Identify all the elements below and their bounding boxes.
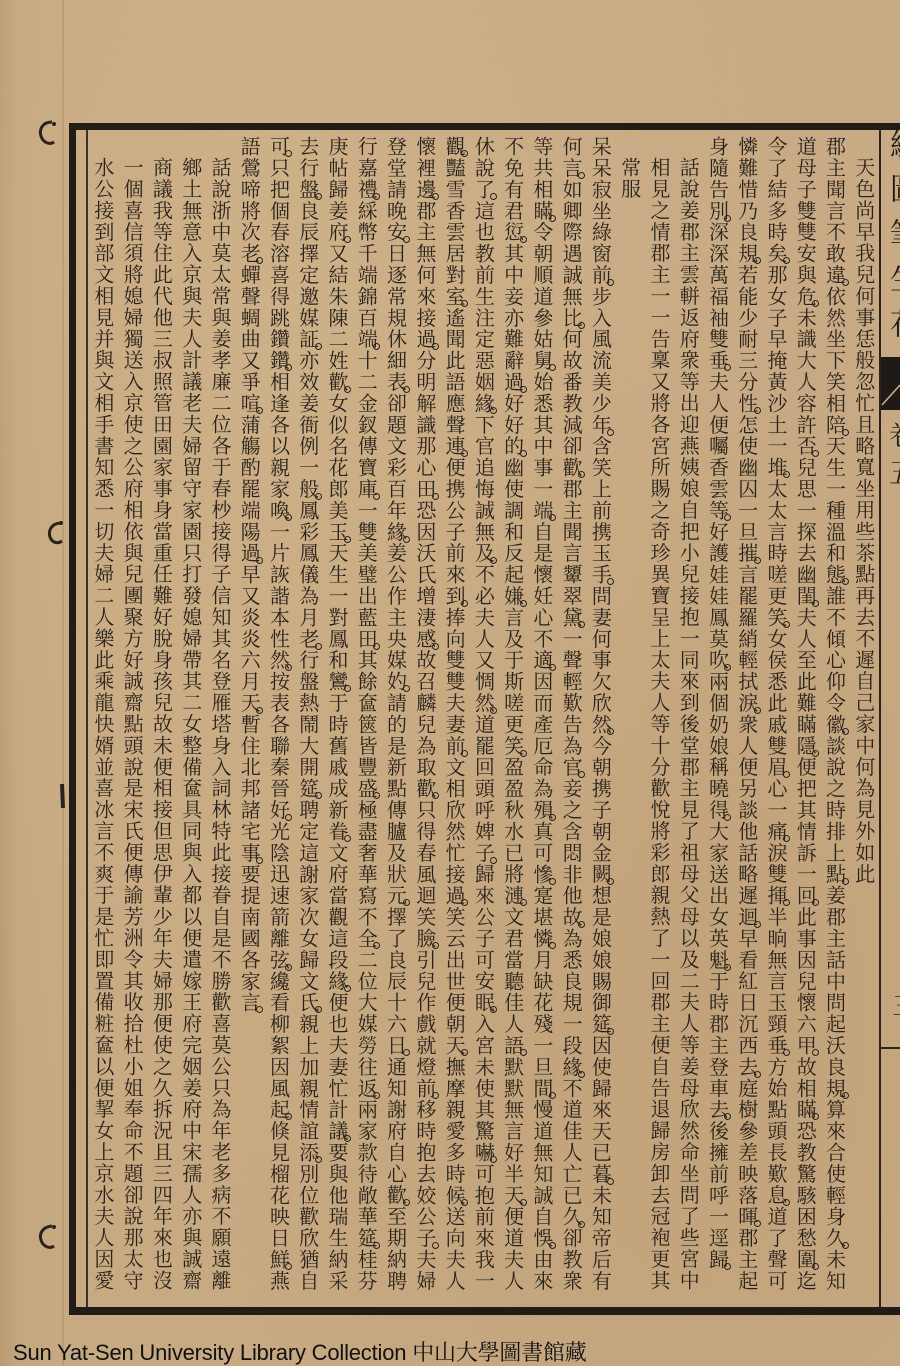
text-column: 身隨告別深深萬福袖雙垂夫人便囑香雲等好護娃娃鳳莫吹兩個奶娘稱曉得大家送出女英魁于… [702,136,731,1301]
text-column: 呆呆寂坐綠窗前步入風流美少年含笑上前携玉手問妻何事欠欣然今朝携子朝金闕想是娘娘賜… [585,136,614,1301]
spine-divider-line [879,130,881,1308]
text-column: 休說了這也教前生注定惡姻緣下官追悔誠無及不必夫人又惆然道罷回頭呼婢子歸來公子可安… [468,136,497,1301]
text-column: 道母子雙雙安與危未識大人容許否兒思一探去幽閨夫人至此難瞞隱便把其情訴一回此事因兒… [790,136,819,1301]
border-frame-left [69,123,76,1315]
border-frame-top [70,123,900,130]
page-crease [62,0,64,1366]
binding-hole-icon [56,782,70,812]
text-column: 行嘉禮綵幣千端錦百端十二金釵傳寶庫一雙美璧出藍田其餘奩篋皆豐盛極盡奢華寫不全二位… [351,136,380,1301]
main-text-block: 天色尚早我兒何事恁般忽忙且略寬坐用些茶點再去不遲自己家中何為見外如此 郡主聞言不… [88,136,878,1308]
text-column: 郡主聞言不敢違依然坐下笑相陪天生一種溫和態誰不傾心仰令徽談說之時排上點姜郡主話中… [819,136,848,1301]
text-column: 話說姜郡主雲軿返府衆等出迎燕姨娘自把小兒接抱一同來到後堂郡主見了祖母父母以及二夫… [673,157,702,1301]
volume-label: 卷五 [884,420,900,510]
text-column: 懷裡邊郡主無何來接過分明解識那心田恐因沃氏增淒感故召麟兒為取歡只得春風迴笑臉引兒… [410,136,439,1301]
binding-hole-icon [34,1222,60,1254]
fish-tail-mark-icon [881,357,900,410]
text-column: 可只把個春溶喜得跳鑽鑽相逢各以親家喚一片詼諧本性然按表各聯秦晉好光陰迅速箭離弦纔… [263,136,292,1301]
text-column: 庚帖歸姜府又結朱陳二姓歡女似名花郎美玉天生一對鳳和鸞于時舊戚成新眷文府當觀這段緣… [322,136,351,1301]
text-column: 令了結多時矣那女子早掩黃沙土一堆太太言時嗟更笑女侯悉此戚雙眉心一痛淚雙揮半晌無言… [761,136,790,1301]
text-column: 登堂請晚安日逐常規休細表卻題文彩百年緣姜公作主央媒妁請的是新點傳臚及狀元擇了良辰… [380,136,409,1301]
text-column: 觀豔雪香雲居對室遙聞此語應聲連便携公子前來到捧向雙雙夫妻前文相欣然忙接過笑云出世… [439,136,468,1301]
text-column: 不免有君愆其中妾亦難辭過好好的幽使調和反起嫌言及于斯嗟更笑盈盈秋水已將漣文君當聽… [497,136,526,1301]
text-column: 去行盤良辰擇定邀媒証亦效姜衙例一般鳳彩鳳儀為月老行盤熱鬧大開筵聘定這謝家次女歸文… [292,136,321,1301]
page-number: 三 [886,992,900,1032]
running-title: 繡圖筆生花 [884,128,900,353]
text-column: 一個喜信須將媳婦獨送入京使之公府相依與兒團聚方好誠齋點頭說是宋氏便傳諭芳洲令其收… [117,157,146,1301]
text-column: 水公接到部文相見并與文相手書知悉一切夫婦二人樂此乘龍快婿並喜冰言不爽于是忙即置備… [88,157,117,1301]
text-column: 語鶯啼將次老蟬聲蜩曲又爭喧蒲觴酌罷端陽過早又炎炎六月天暫住北邦諸宅事要提南國各家… [234,136,263,1301]
text-column: 相見之情郡主一一告稟又將各宮所賜之奇珍異寶呈上太夫人等十分歡悅將彩郎親熱了一回郡… [644,157,673,1301]
text-column: 鄉土無意入京與夫人計議老夫婦留守家園只打發媳婦帶其二女整備奩具同與入都以便遣嫁王… [175,157,204,1301]
binding-hole-icon [42,518,68,550]
border-frame-bottom [69,1307,900,1315]
library-caption: Sun Yat-Sen University Library Collectio… [13,1336,587,1366]
text-column: 憐難惜乃良規若能少耐三分性怎使幽囚一旦摧言罷羅綃輕拭淚衆人便另談他話略遲迴早看紅… [731,136,760,1301]
text-column: 商議我等住此代他三叔照管田園家事身當重任難好脫身孩兒故未便相接但思伊輩少年夫婦那… [146,157,175,1301]
binding-hole-icon [34,118,60,150]
text-column: 常服 [614,157,643,1301]
text-column: 天色尚早我兒何事恁般忽忙且略寬坐用些茶點再去不遲自己家中何為見外如此 [849,157,878,1301]
text-column: 何言如卿際遇誠無比何故番教減卻歡郡主聞言顰翠黛一聲輕歎告為官妾之含悶非他故為悉良… [556,136,585,1301]
text-column: 等共相瞞令朝順道參姑舅始悉其中事一端自是懷妊心不適因而產厄命為殞真可慘寔堪憐月缺… [527,136,556,1301]
page-number-rule [881,1047,900,1049]
text-column: 話說浙中莫太常與姜孝廉二位各于春杪接得子信知其名登雁塔身入詞林特此接眷自是不勝歡… [205,157,234,1301]
